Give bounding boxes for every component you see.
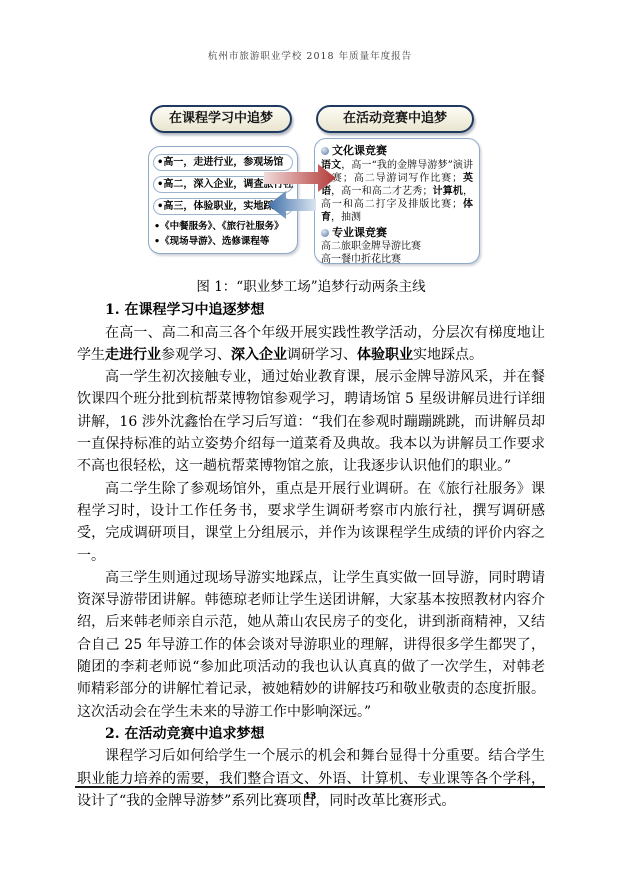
paragraph-1-bold: 深入企业 [231, 347, 287, 363]
paragraph-1-bold: 体验职业 [357, 347, 413, 363]
major-contest-heading: 专业课竞赛 [321, 226, 473, 240]
paragraph-1-text: 调研学习、 [287, 347, 357, 363]
major-contest-label: 专业课竞赛 [332, 226, 387, 240]
figure-right-title: 在活动竞赛中追梦 [316, 105, 474, 133]
page-number: 43 [0, 792, 620, 802]
section-1-heading: 1. 在课程学习中追逐梦想 [77, 299, 545, 321]
paragraph-1-text: 参观学习、 [161, 347, 231, 363]
major-contest-line: 高二旅职金牌导游比赛 [321, 241, 473, 254]
paragraph-3: 高二学生除了参观场馆外，重点是开展行业调研。在《旅行社服务》课程学习时，设计工作… [77, 478, 545, 567]
figure-arrows [260, 160, 350, 222]
bullet-sphere-icon [321, 147, 329, 155]
figure-left-title: 在课程学习中追梦 [150, 105, 292, 133]
running-header: 杭州市旅游职业学校 2018 年质量年度报告 [0, 48, 620, 62]
document-page: 杭州市旅游职业学校 2018 年质量年度报告 在课程学习中追梦 在活动竞赛中追梦… [0, 0, 620, 877]
bullet-sphere-icon [321, 229, 329, 237]
culture-contest-heading: 文化课竞赛 [321, 144, 473, 158]
culture-contest-label: 文化课竞赛 [332, 144, 387, 158]
paragraph-1: 在高一、高二和高三各个年级开展实践性教学活动，分层次有梯度地让学生走进行业参观学… [77, 322, 545, 367]
major-contest-line: 高一餐巾折花比赛 [321, 254, 473, 267]
paragraph-5: 课程学习后如何给学生一个展示的机会和舞台显得十分重要。结合学生职业能力培养的需要… [77, 745, 545, 812]
figure-caption: 图 1：“职业梦工场”追梦行动两条主线 [77, 276, 545, 298]
paragraph-2: 高一学生初次接触专业，通过始业教育课，展示金牌导游风采，并在餐饮课四个班分批到杭… [77, 366, 545, 477]
arrow-left-icon [268, 191, 316, 219]
paragraph-1-text: 实地踩点。 [413, 347, 483, 363]
subject-label: 计算机 [432, 186, 463, 197]
figure-dream-workshop: 在课程学习中追梦 在活动竞赛中追梦 •高一，走进行业，参观场馆 •高二，深入企业… [142, 100, 484, 268]
footer-divider [75, 786, 545, 788]
figure-left-item: •《现场导游》、选修课程等 [154, 235, 293, 248]
body-text: 图 1：“职业梦工场”追梦行动两条主线 1. 在课程学习中追逐梦想 在高一、高二… [77, 276, 545, 812]
paragraph-1-bold: 走进行业 [105, 347, 161, 363]
paragraph-4: 高三学生则通过现场导游实地踩点，让学生真实做一回导游，同时聘请资深导游带团讲解。… [77, 567, 545, 723]
arrow-right-icon [264, 164, 336, 192]
section-2-heading: 2. 在活动竞赛中追求梦想 [77, 723, 545, 745]
